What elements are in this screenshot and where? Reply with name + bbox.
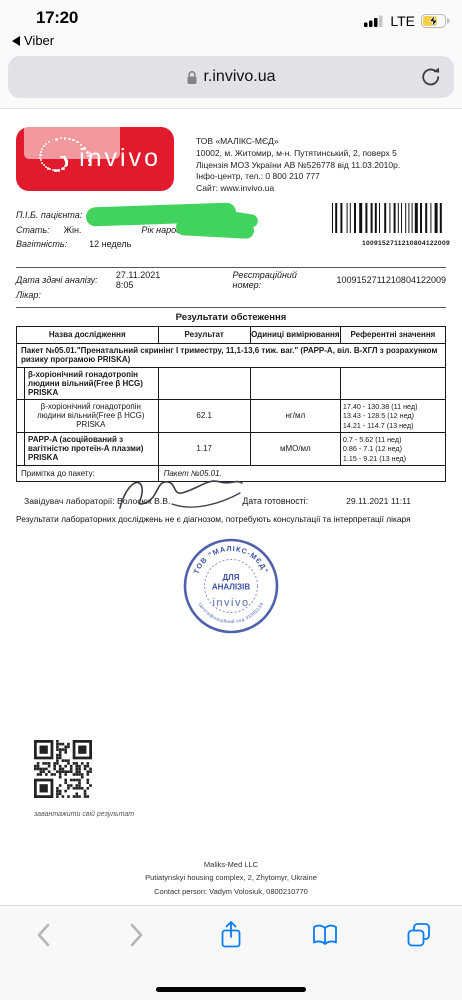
stamp-center-line1: ДЛЯ [222,573,239,582]
signature [114,472,246,518]
lab-report-document: invivo ТОВ «МАЛІКС-МЄД» 10002, м. Житоми… [0,127,462,946]
stamp-center-line3: invivo [212,597,249,609]
safari-toolbar [0,905,462,1000]
status-bar: 17:20 Viber LTE [0,0,462,54]
table-row: β-хоріонічний гонадотропін людини вільни… [17,399,446,432]
qr-code [34,740,92,798]
address-bar[interactable]: r.invivo.ua [8,56,454,98]
divider [16,267,446,268]
invivo-logo: invivo [16,127,174,191]
redaction-overlay [24,120,120,159]
pregnancy-value: 12 недель [89,239,131,249]
company-name: ТОВ «МАЛІКС-МЄД» [196,136,400,148]
ready-date-value: 29.11.2021 11:11 [346,496,411,506]
test-reference: 0.7 - 5.62 (11 нед) 0.86 - 7.1 (12 нед) … [340,432,445,465]
package-description: Пакет №05.01."Пренатальний скринінг І тр… [17,343,446,367]
pregnancy-label: Вагітність: [16,239,67,249]
signoff-row: Завідувач лабораторії: Волосюк В.В. Дата… [16,496,446,506]
sex-value: Жін. [64,225,82,235]
company-info: ТОВ «МАЛІКС-МЄД» 10002, м. Житомир, м-н.… [196,127,400,195]
sex-label: Стать: [16,225,50,235]
status-icons: LTE [364,13,450,29]
test-result: 1.17 [158,432,250,465]
column-header: Референтні значення [340,326,445,343]
barcode [332,203,450,237]
test-name: β-хоріонічний гонадотропін людини вільни… [17,367,159,399]
back-button[interactable] [28,920,58,950]
package-row: Пакет №05.01."Пренатальний скринінг І тр… [17,343,446,367]
footer-company: Maliks-Med LLC [16,858,446,872]
results-title: Результати обстеження [16,312,446,323]
share-button[interactable] [216,920,246,950]
url-text: r.invivo.ua [203,68,275,86]
test-result [158,367,250,399]
column-header: Одиниці вимірювання [250,326,340,343]
home-indicator[interactable] [156,987,306,992]
clock: 17:20 [36,8,78,28]
sample-date-value: 27.11.2021 8:05 [116,270,177,290]
qr-block: завантажити свій результат [34,740,154,818]
meta-section: Дата здачі аналізу: 27.11.2021 8:05 Реєс… [16,273,446,308]
test-units: мМО/мл [250,432,340,465]
patient-section: П.І.Б. пацієнта: Стать: Жін. Рік народже… [16,208,446,254]
company-license: Ліцензія МОЗ України АВ №526778 від 11.0… [196,160,400,172]
cellular-signal-icon [364,15,384,27]
lab-round-stamp: ТОВ "МАЛІКС-МЄД" Ідентифікаційний код 33… [181,536,281,636]
results-table: Назва дослідження Результат Одиниці вимі… [16,326,446,482]
test-units: нг/мл [250,399,340,432]
browser-chrome: r.invivo.ua [0,54,462,109]
back-triangle-icon [12,36,20,46]
patient-name-label: П.І.Б. пацієнта: [16,210,82,220]
back-to-app-button[interactable]: Viber [12,33,54,48]
forward-button[interactable] [122,920,152,950]
download-result-link[interactable]: завантажити свій результат [34,811,154,818]
test-units [250,367,340,399]
doctor-label: Лікар: [16,290,41,300]
stamp-center-line2: АНАЛІЗІВ [212,582,251,591]
table-row: PAPP-A (асоційований з вагітністю протеї… [17,432,446,465]
registration-number-value: 1009152711210804122009 [337,275,446,285]
footer-contact: Contact person: Vadym Volosiuk, 08002107… [16,885,446,899]
test-name: PAPP-A (асоційований з вагітністю протеї… [17,432,159,465]
barcode-block: 1009152711210804122009 [330,203,450,247]
test-reference [340,367,445,399]
network-type-label: LTE [390,13,415,29]
footer-address: Putiatynskyi housing complex, 2, Zhytomy… [16,871,446,885]
bookmarks-button[interactable] [310,920,340,950]
column-header: Назва дослідження [17,326,159,343]
company-address: 10002, м. Житомир, м-н. Путятинський, 2,… [196,148,400,160]
barcode-number: 1009152711210804122009 [330,240,450,247]
table-row: β-хоріонічний гонадотропін людини вільни… [17,367,446,399]
test-reference: 17.40 - 130.38 (11 нед) 13.43 - 128.5 (1… [340,399,445,432]
report-header: invivo ТОВ «МАЛІКС-МЄД» 10002, м. Житоми… [16,127,446,195]
company-phone: Інфо-центр, тел.: 0 800 210 777 [196,171,400,183]
back-app-label: Viber [24,33,54,48]
table-header-row: Назва дослідження Результат Одиниці вимі… [17,326,446,343]
sample-date-label: Дата здачі аналізу: [16,275,116,285]
column-header: Результат [158,326,250,343]
ready-date-label: Дата готовності: [242,496,308,506]
test-result: 62.1 [158,399,250,432]
company-site: Сайт: www.invivo.ua [196,183,400,195]
lock-icon [186,70,198,85]
test-name: β-хоріонічний гонадотропін людини вільни… [17,399,159,432]
tabs-button[interactable] [404,920,434,950]
battery-charging-icon [421,14,450,28]
reload-button[interactable] [420,66,441,88]
registration-number-label: Реєстраційний номер: [233,270,323,290]
